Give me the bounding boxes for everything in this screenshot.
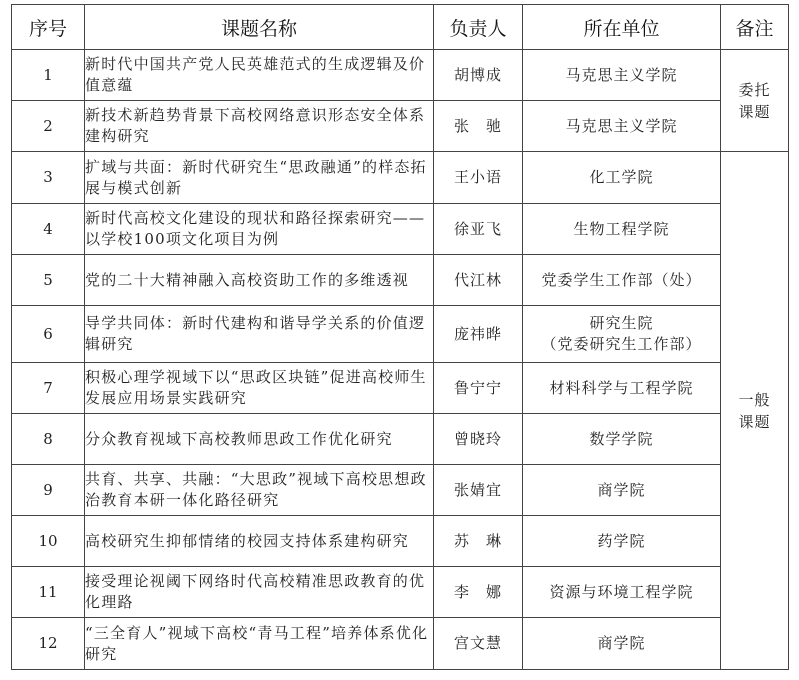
row-title: 分众教育视域下高校教师思政工作优化研究 (85, 414, 434, 465)
row-unit: 材料科学与工程学院 (523, 363, 721, 414)
row-index: 7 (12, 363, 85, 414)
header-note: 备注 (721, 5, 789, 50)
row-index: 2 (12, 101, 85, 152)
table-row: 5 党的二十大精神融入高校资助工作的多维透视 代江林 党委学生工作部（处） (12, 255, 789, 306)
row-index: 10 (12, 516, 85, 567)
table-row: 9 共育、共享、共融：“大思政”视域下高校思想政治教育本研一体化路径研究 张婧宜… (12, 465, 789, 516)
note-general: 一般课题 (721, 152, 789, 670)
row-unit: 研究生院 （党委研究生工作部） (523, 306, 721, 363)
row-unit: 商学院 (523, 618, 721, 670)
row-index: 3 (12, 152, 85, 204)
header-index: 序号 (12, 5, 85, 50)
row-unit: 药学院 (523, 516, 721, 567)
table-row: 10 高校研究生抑郁情绪的校园支持体系建构研究 苏 琳 药学院 (12, 516, 789, 567)
row-person: 代江林 (434, 255, 523, 306)
row-person: 鲁宁宁 (434, 363, 523, 414)
row-unit: 商学院 (523, 465, 721, 516)
row-person: 宫文慧 (434, 618, 523, 670)
row-index: 12 (12, 618, 85, 670)
note-commissioned: 委托课题 (721, 50, 789, 152)
row-title: 扩域与共面：新时代研究生“思政融通”的样态拓展与模式创新 (85, 152, 434, 204)
header-person: 负责人 (434, 5, 523, 50)
table-row: 11 接受理论视阈下网络时代高校精准思政教育的优化理路 李 娜 资源与环境工程学… (12, 567, 789, 618)
row-index: 8 (12, 414, 85, 465)
row-unit: 数学学院 (523, 414, 721, 465)
table-row: 8 分众教育视域下高校教师思政工作优化研究 曾晓玲 数学学院 (12, 414, 789, 465)
row-person: 胡博成 (434, 50, 523, 101)
row-index: 5 (12, 255, 85, 306)
row-index: 1 (12, 50, 85, 101)
row-title: “三全育人”视域下高校“青马工程”培养体系优化研究 (85, 618, 434, 670)
row-unit: 资源与环境工程学院 (523, 567, 721, 618)
row-title: 党的二十大精神融入高校资助工作的多维透视 (85, 255, 434, 306)
row-title: 新时代中国共产党人民英雄范式的生成逻辑及价值意蕴 (85, 50, 434, 101)
unit-line-2: （党委研究生工作部） (523, 334, 720, 355)
row-title: 导学共同体：新时代建构和谐导学关系的价值逻辑研究 (85, 306, 434, 363)
row-index: 6 (12, 306, 85, 363)
table-row: 4 新时代高校文化建设的现状和路径探索研究——以学校100项文化项目为例 徐亚飞… (12, 204, 789, 255)
row-person: 曾晓玲 (434, 414, 523, 465)
row-index: 4 (12, 204, 85, 255)
row-unit: 马克思主义学院 (523, 101, 721, 152)
row-index: 9 (12, 465, 85, 516)
row-title: 共育、共享、共融：“大思政”视域下高校思想政治教育本研一体化路径研究 (85, 465, 434, 516)
row-person: 张 驰 (434, 101, 523, 152)
row-person: 苏 琳 (434, 516, 523, 567)
row-title: 接受理论视阈下网络时代高校精准思政教育的优化理路 (85, 567, 434, 618)
row-unit: 化工学院 (523, 152, 721, 204)
row-title: 新时代高校文化建设的现状和路径探索研究——以学校100项文化项目为例 (85, 204, 434, 255)
table-row: 1 新时代中国共产党人民英雄范式的生成逻辑及价值意蕴 胡博成 马克思主义学院 委… (12, 50, 789, 101)
row-title: 积极心理学视域下以“思政区块链”促进高校师生发展应用场景实践研究 (85, 363, 434, 414)
row-person: 王小语 (434, 152, 523, 204)
row-unit: 马克思主义学院 (523, 50, 721, 101)
row-person: 张婧宜 (434, 465, 523, 516)
table-row: 7 积极心理学视域下以“思政区块链”促进高校师生发展应用场景实践研究 鲁宁宁 材… (12, 363, 789, 414)
row-person: 庞祎晔 (434, 306, 523, 363)
table-row: 2 新技术新趋势背景下高校网络意识形态安全体系建构研究 张 驰 马克思主义学院 (12, 101, 789, 152)
row-unit: 生物工程学院 (523, 204, 721, 255)
row-index: 11 (12, 567, 85, 618)
row-title: 新技术新趋势背景下高校网络意识形态安全体系建构研究 (85, 101, 434, 152)
row-unit: 党委学生工作部（处） (523, 255, 721, 306)
table-row: 3 扩域与共面：新时代研究生“思政融通”的样态拓展与模式创新 王小语 化工学院 … (12, 152, 789, 204)
table-row: 6 导学共同体：新时代建构和谐导学关系的价值逻辑研究 庞祎晔 研究生院 （党委研… (12, 306, 789, 363)
note-label: 委托课题 (738, 79, 772, 123)
table-row: 12 “三全育人”视域下高校“青马工程”培养体系优化研究 宫文慧 商学院 (12, 618, 789, 670)
project-table: 序号 课题名称 负责人 所在单位 备注 1 新时代中国共产党人民英雄范式的生成逻… (11, 4, 789, 670)
header-title: 课题名称 (85, 5, 434, 50)
row-title: 高校研究生抑郁情绪的校园支持体系建构研究 (85, 516, 434, 567)
header-unit: 所在单位 (523, 5, 721, 50)
unit-line-1: 研究生院 (523, 313, 720, 334)
note-label: 一般课题 (738, 389, 772, 433)
header-row: 序号 课题名称 负责人 所在单位 备注 (12, 5, 789, 50)
row-person: 李 娜 (434, 567, 523, 618)
row-person: 徐亚飞 (434, 204, 523, 255)
